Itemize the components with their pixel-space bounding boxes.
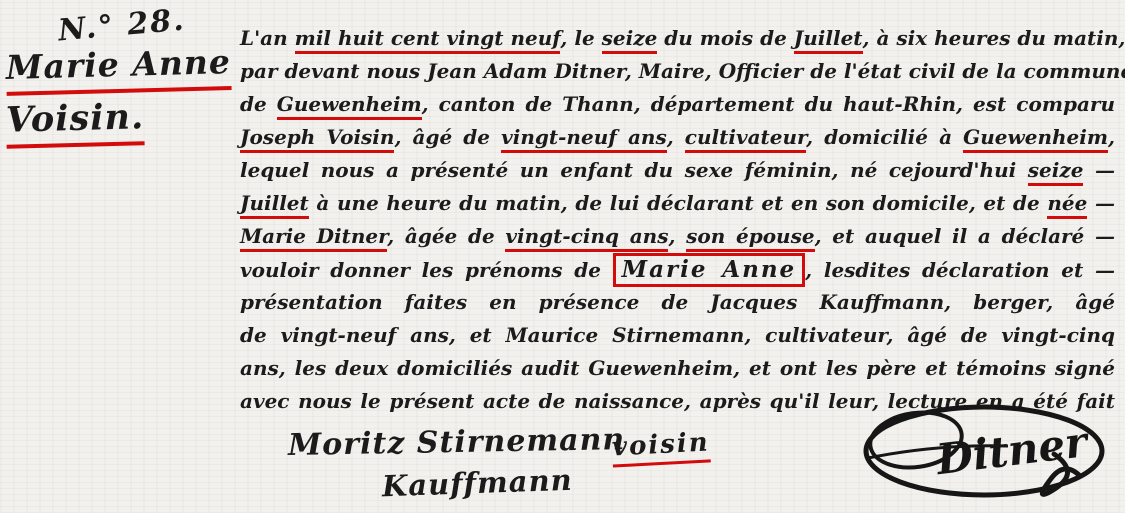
red-underlined-text: Juillet xyxy=(794,26,863,54)
text-segment: , canton de Thann, département du haut-R… xyxy=(422,92,1115,116)
signature-witness-1: Moritz Stirnemann xyxy=(288,422,626,463)
text-segment: vouloir donner les prénoms de xyxy=(240,258,613,282)
mayor-flourish-icon: Ditner xyxy=(858,396,1120,508)
red-boxed-text: Marie Anne xyxy=(613,253,806,287)
red-underlined-text: vingt-neuf ans xyxy=(501,125,667,153)
text-segment: présentation faites en présence de Jacqu… xyxy=(240,290,1115,314)
text-segment: , âgé de xyxy=(394,125,501,149)
text-segment: , le xyxy=(560,26,601,50)
document-line: Marie Ditner, âgée de vingt-cinq ans, so… xyxy=(240,220,1115,253)
red-underlined-text: Joseph Voisin xyxy=(240,125,394,153)
margin-child-given-names: Marie Anne xyxy=(5,40,231,96)
text-segment: lequel nous a présenté un enfant du sexe… xyxy=(240,158,1028,182)
text-segment: , xyxy=(1108,125,1115,149)
red-underlined-text: vingt-cinq ans xyxy=(505,224,668,252)
red-underlined-text: seize xyxy=(1028,158,1084,186)
red-underlined-text: seize xyxy=(602,26,658,54)
document-line: par devant nous Jean Adam Ditner, Maire,… xyxy=(240,55,1115,88)
text-segment: — xyxy=(1083,158,1115,182)
red-underlined-text: Guewenheim xyxy=(963,125,1108,153)
red-underlined-text: cultivateur xyxy=(685,125,806,153)
document-line: Joseph Voisin, âgé de vingt-neuf ans, cu… xyxy=(240,121,1115,154)
document-line: de vingt-neuf ans, et Maurice Stirnemann… xyxy=(240,319,1115,352)
text-segment: , lesdites déclaration et — xyxy=(805,258,1115,282)
margin-child-surname: Voisin. xyxy=(5,95,144,149)
margin-annotation: N.° 28. Marie Anne Voisin. xyxy=(6,8,238,147)
red-underlined-text: née xyxy=(1047,191,1087,219)
text-segment: par devant nous Jean Adam Ditner, Maire,… xyxy=(240,59,1125,83)
text-segment: — xyxy=(1087,191,1115,215)
text-segment: à une heure du matin, de lui déclarant e… xyxy=(309,191,1048,215)
document-line: Juillet à une heure du matin, de lui déc… xyxy=(240,187,1115,220)
text-segment: L'an xyxy=(240,26,295,50)
signature-mayor-flourish: Ditner xyxy=(858,396,1120,508)
text-segment: , domicilié à xyxy=(806,125,963,149)
red-underlined-text: mil huit cent vingt neuf xyxy=(295,26,561,54)
document-line: lequel nous a présenté un enfant du sexe… xyxy=(240,154,1115,187)
text-segment: , et auquel il a déclaré — xyxy=(815,224,1115,248)
red-underlined-text: Guewenheim xyxy=(277,92,422,120)
red-underlined-text: Marie Ditner xyxy=(240,224,387,252)
document-line: de Guewenheim, canton de Thann, départem… xyxy=(240,88,1115,121)
red-underlined-text: son épouse xyxy=(686,224,814,252)
text-segment: , xyxy=(667,125,685,149)
text-segment: de vingt-neuf ans, et Maurice Stirnemann… xyxy=(240,323,1115,347)
document-line: ans, les deux domiciliés audit Guewenhei… xyxy=(240,352,1115,385)
signature-witness-2: Kauffmann xyxy=(381,463,573,504)
text-segment: ans, les deux domiciliés audit Guewenhei… xyxy=(240,356,1115,380)
text-segment: , xyxy=(668,224,686,248)
document-line: vouloir donner les prénoms de Marie Anne… xyxy=(240,253,1115,286)
text-segment: , à six heures du matin, xyxy=(863,26,1125,50)
act-body-text: L'an mil huit cent vingt neuf, le seize … xyxy=(240,22,1115,418)
document-line: L'an mil huit cent vingt neuf, le seize … xyxy=(240,22,1115,55)
red-underlined-text: Juillet xyxy=(240,191,309,219)
document-line: présentation faites en présence de Jacqu… xyxy=(240,286,1115,319)
text-segment: du mois de xyxy=(657,26,793,50)
birth-record-page: N.° 28. Marie Anne Voisin. L'an mil huit… xyxy=(0,0,1125,513)
signature-father: voisin xyxy=(611,427,710,467)
text-segment: de xyxy=(240,92,277,116)
text-segment: , âgée de xyxy=(387,224,505,248)
